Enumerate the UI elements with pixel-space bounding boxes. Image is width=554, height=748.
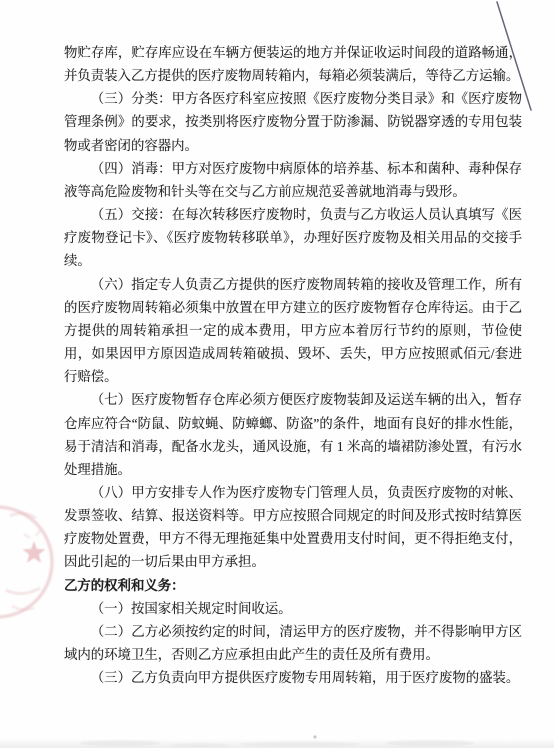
scan-bottom-shadow [0,739,554,748]
paragraph: 乙方的权利和义务： [64,574,522,597]
document-body: 物贮存库，贮存库应设在车辆方便装运的地方并保证收运时间段的道路畅通，并负责装入乙… [64,41,522,689]
paragraph: （一）按国家相关规定时间收运。 [64,597,522,620]
paragraph: （四）消毒：甲方对医疗废物中病原体的培养基、标本和菌种、毒种保存液等高危险废物和… [64,157,522,203]
paragraph: （六）指定专人负责乙方提供的医疗废物周转箱的接收及管理工作，所有的医疗废物周转箱… [64,273,522,389]
seal-star-icon [23,541,46,563]
paragraph: （三）乙方负责向甲方提供医疗废物专用周转箱，用于医疗废物的盛装。 [64,666,522,689]
paragraph: （三）分类：甲方各医疗科室应按照《医疗废物分类目录》和《医疗废物管理条例》的要求… [64,87,522,156]
seal-ring [0,507,52,617]
paragraph: 物贮存库，贮存库应设在车辆方便装运的地方并保证收运时间段的道路畅通，并负责装入乙… [64,41,522,87]
seal-text-smudge-top [10,513,36,518]
paragraph: （八）甲方安排专人作为医疗废物专门管理人员，负责医疗废物的对帐、发票签收、结算、… [64,481,522,574]
seal-text-smudge-lower [12,606,34,610]
scanned-contract-page: 物贮存库，贮存库应设在车辆方便装运的地方并保证收运时间段的道路畅通，并负责装入乙… [0,0,554,748]
paragraph: （七）医疗废物暂存仓库必须方便医疗废物装卸及运送车辆的出入，暂存仓库应符合“防鼠… [64,388,522,481]
paragraph: （五）交接：在每次转移医疗废物时，负责与乙方收运人员认真填写《医疗废物登记卡》、… [64,203,522,272]
scan-speck [314,736,316,738]
seal-text-smudge-bottom [6,588,40,594]
seal-text-smudge-mid [24,530,40,538]
red-seal-stamp [0,507,52,617]
paragraph: （二）乙方必须按约定的时间，清运甲方的医疗废物，并不得影响甲方区域内的环境卫生，… [64,620,522,666]
